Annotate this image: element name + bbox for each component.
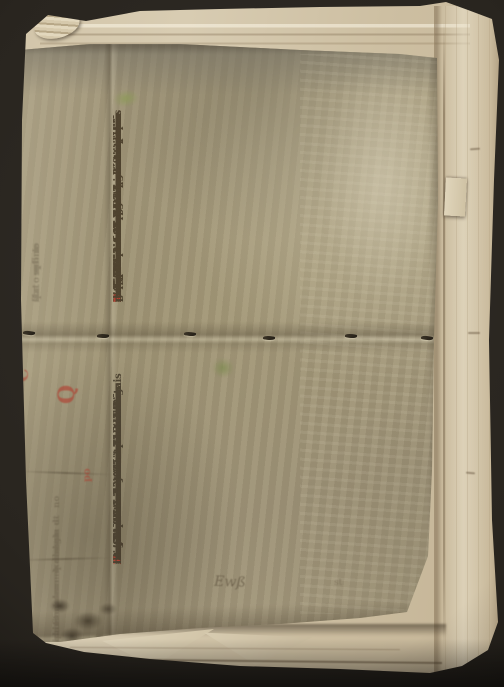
page-edge-crevice — [443, 20, 445, 650]
text-block-upper: Spreuisti omnes discedentes a iudicijs t… — [112, 98, 350, 302]
page-tab — [444, 177, 467, 216]
spine-offset-text-upper: sic rubq o fineita se tsca q rofiat q — [30, 138, 110, 302]
parchment-wrapper: Spreuisti omnes discedentes a iudicijs t… — [0, 0, 504, 687]
spine-initial-c: C — [13, 368, 33, 382]
faint-marks: st — [334, 578, 342, 588]
photo-backdrop: Spreuisti omnes discedentes a iudicijs t… — [0, 0, 504, 687]
spine-initial-q: Q — [54, 385, 80, 404]
text-block-lower: iustificaciones. et nos Dne in veritate … — [112, 346, 350, 564]
deckle-notch — [468, 332, 480, 334]
spine-red-word: po — [82, 468, 93, 482]
ink-inscription: Ewß — [214, 574, 285, 600]
book: Spreuisti omnes discedentes a iudicijs t… — [0, 0, 504, 687]
